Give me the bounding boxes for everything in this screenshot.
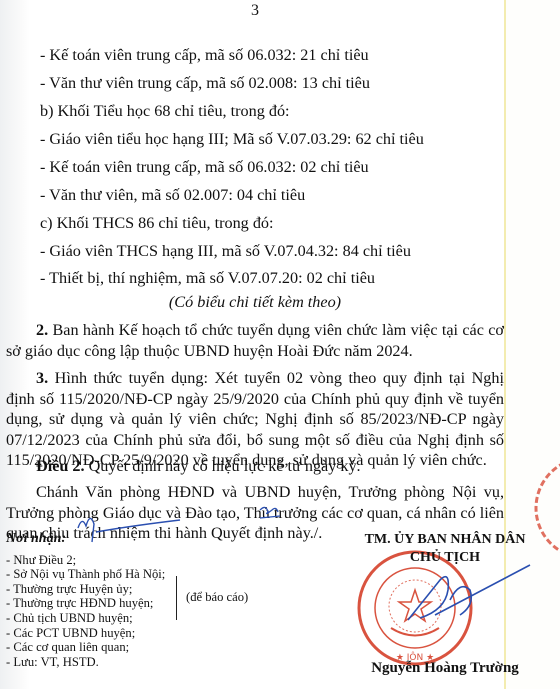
section-heading: b) Khối Tiểu học 68 chỉ tiêu, trong đó: <box>40 101 290 121</box>
paragraph-number: 2. <box>36 321 48 339</box>
recipient-item: - Lưu: VT, HSTD. <box>6 655 165 670</box>
page-number: 3 <box>0 2 510 20</box>
recipient-item: - Thường trực HĐND huyện; <box>6 596 165 611</box>
document-page: 3 - Kế toán viên trung cấp, mã số 06.032… <box>0 0 560 689</box>
list-item: - Kế toán viên trung cấp, mã số 06.032: … <box>40 157 369 177</box>
list-item: - Giáo viên tiểu học hạng III; Mã số V.0… <box>40 129 424 149</box>
list-item: - Văn thư viên trung cấp, mã số 02.008: … <box>40 73 370 93</box>
signer-organization: TM. ỦY BAN NHÂN DÂN <box>340 532 550 548</box>
paragraph-text: Hình thức tuyển dụng: Xét tuyển 02 vòng … <box>6 369 504 469</box>
paragraph-text: Ban hành Kế hoạch tổ chức tuyển dụng viê… <box>6 321 504 360</box>
list-item: - Giáo viên THCS hạng III, mã số V.07.04… <box>40 241 411 261</box>
adjacent-page-margin <box>506 0 560 689</box>
report-note: (để báo cáo) <box>186 590 248 605</box>
recipient-item: - Các PCT UBND huyện; <box>6 626 165 641</box>
recipient-item: - Các cơ quan liên quan; <box>6 640 165 655</box>
signer-title: CHỦ TỊCH <box>340 550 550 566</box>
recipient-item: - Như Điều 2; <box>6 553 165 568</box>
list-item: - Kế toán viên trung cấp, mã số 06.032: … <box>40 45 369 65</box>
article-label: Điều 2. <box>36 457 85 475</box>
recipient-item: - Chủ tịch UBND huyện; <box>6 611 165 626</box>
paragraph-2: 2. Ban hành Kế hoạch tổ chức tuyển dụng … <box>6 320 504 361</box>
recipients-block: Nơi nhận: - Như Điều 2; - Sở Nội vụ Thàn… <box>6 532 165 669</box>
article-2: Điều 2. Quyết định này có hiệu lực kể từ… <box>6 456 504 477</box>
bracket-divider <box>176 576 177 620</box>
signer-name: Nguyễn Hoàng Trường <box>340 660 550 677</box>
section-heading: c) Khối THCS 86 chỉ tiêu, trong đó: <box>40 213 274 233</box>
recipients-title: Nơi nhận: <box>6 532 165 547</box>
recipient-item: - Sở Nội vụ Thành phố Hà Nội; <box>6 567 165 582</box>
official-seal-icon: ★ IÔN ★ <box>355 548 475 668</box>
attachment-note: (Có biểu chi tiết kèm theo) <box>0 292 510 312</box>
page-edge <box>504 0 506 689</box>
article-text: Quyết định này có hiệu lực kể từ ngày ký… <box>85 457 361 475</box>
list-item: - Văn thư viên, mã số 02.007: 04 chỉ tiê… <box>40 185 305 205</box>
list-item: - Thiết bị, thí nghiệm, mã số V.07.07.20… <box>40 268 375 288</box>
paragraph-number: 3. <box>36 369 48 387</box>
recipient-item: - Thường trực Huyện ủy; <box>6 582 165 597</box>
